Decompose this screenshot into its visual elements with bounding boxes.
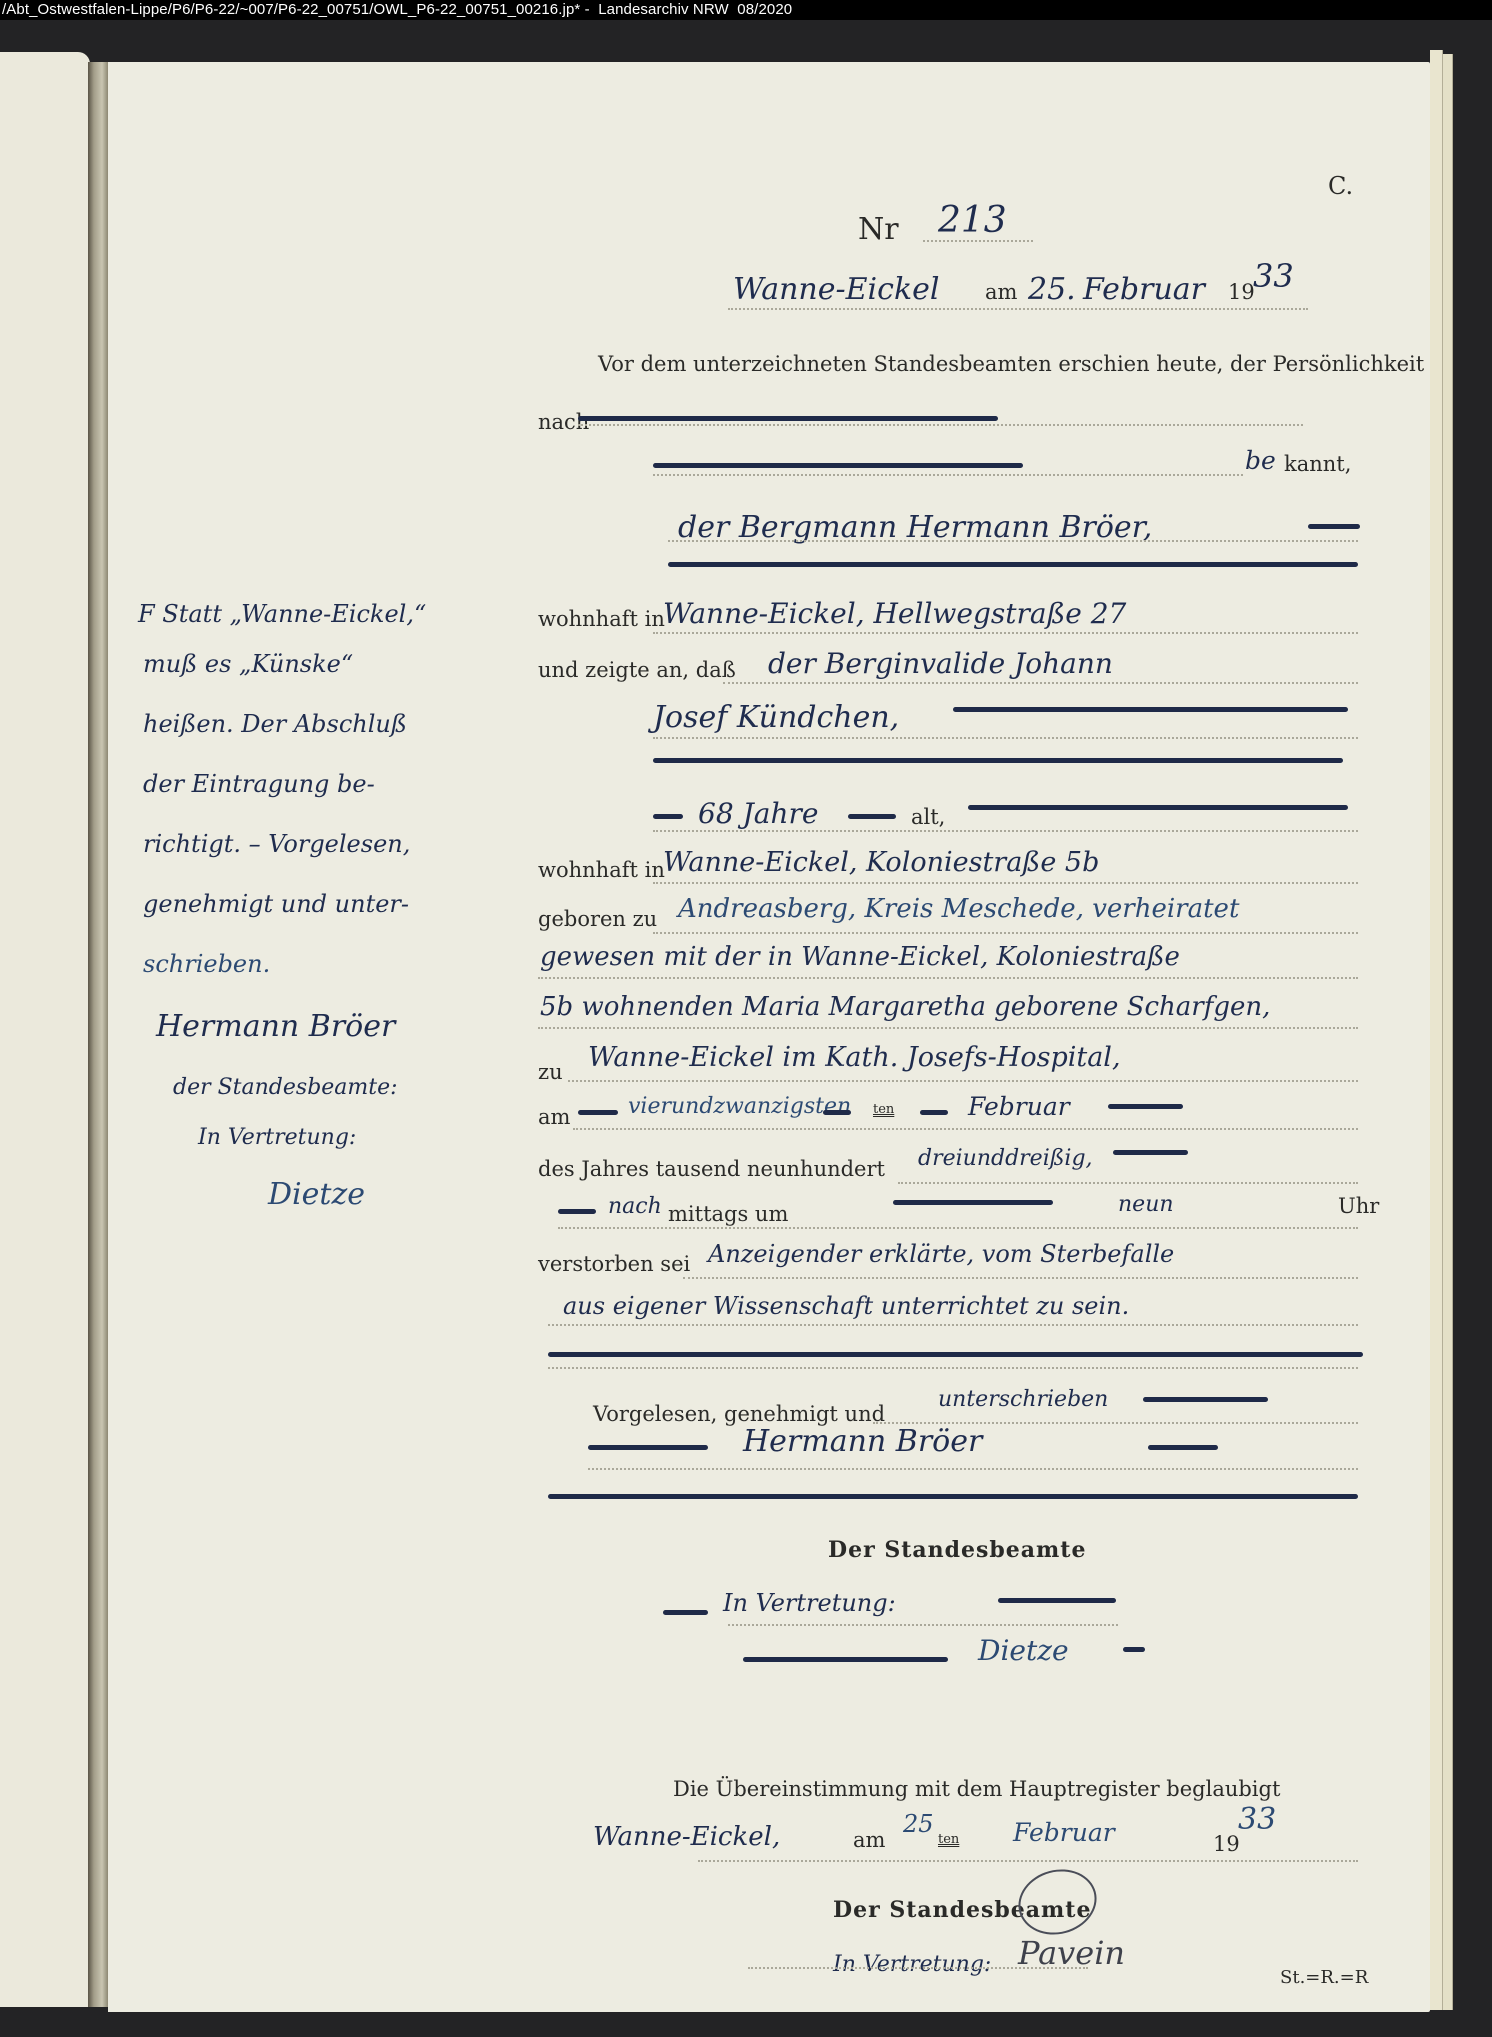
book-gutter xyxy=(88,62,108,2007)
margin-line: F Statt „Wanne-Eickel,“ xyxy=(138,602,426,626)
month-hand: Februar xyxy=(1083,272,1205,307)
margin-line: muß es „Künske“ xyxy=(143,652,353,676)
cert-year-hand: 33 xyxy=(1238,1802,1276,1837)
zeigte-label: und zeigte an, daß xyxy=(538,658,736,682)
margin-line: schrieben. xyxy=(143,952,270,976)
year-hand: 33 xyxy=(1253,257,1294,295)
bekannt-label: kannt, xyxy=(1284,452,1351,476)
corner-mark: C. xyxy=(1328,172,1353,200)
mittags-label: mittags um xyxy=(668,1202,788,1226)
am-label: am xyxy=(985,280,1017,304)
birth-line2-hand: gewesen mit der in Wanne-Eickel, Kolonie… xyxy=(540,942,1180,972)
vorgelesen-label: Vorgelesen, genehmigt und xyxy=(593,1402,885,1426)
record-number: 213 xyxy=(938,200,1007,241)
margin-signature-official: Dietze xyxy=(268,1180,365,1210)
margin-line: genehmigt und unter- xyxy=(143,892,409,916)
birth-line3-hand: 5b wohnenden Maria Margaretha geborene S… xyxy=(540,992,1270,1022)
cert-day-hand: 25 xyxy=(903,1810,934,1838)
vorgelesen-hand: unterschrieben xyxy=(938,1387,1108,1412)
am-label-2: am xyxy=(538,1105,570,1129)
left-page-edge xyxy=(0,52,90,2007)
margin-line: der Eintragung be- xyxy=(143,772,375,796)
wohnhaft-label: wohnhaft in xyxy=(538,607,665,631)
standesbeamte-title: Der Standesbeamte xyxy=(828,1537,1086,1563)
official-signature: Dietze xyxy=(978,1634,1069,1667)
intro-line: Vor dem unterzeichneten Standesbeamten e… xyxy=(598,352,1424,376)
ten-label: ten xyxy=(873,1102,894,1117)
death-month-hand: Februar xyxy=(968,1092,1070,1121)
cert-place-hand: Wanne-Eickel, xyxy=(593,1822,780,1852)
margin-line: richtigt. – Vorgelesen, xyxy=(143,832,410,856)
margin-line: heißen. Der Abschluß xyxy=(143,712,407,736)
wohnhaft2-label: wohnhaft in xyxy=(538,858,665,882)
place-hand: Wanne-Eickel xyxy=(733,272,939,307)
vertretung-hand: In Vertretung: xyxy=(723,1589,896,1617)
signature-flourish xyxy=(1011,1861,1104,1943)
death-day-hand: vierundzwanzigsten xyxy=(628,1094,851,1119)
form-code: St.=R.=R xyxy=(1280,1967,1368,1988)
jahres-label: des Jahres tausend neunhundert xyxy=(538,1157,885,1181)
verstorben-label: verstorben sei xyxy=(538,1252,690,1276)
cert-month-hand: Februar xyxy=(1013,1818,1115,1847)
nach-label: nach xyxy=(538,410,589,434)
number-label: Nr xyxy=(858,212,899,247)
informant-signature: Hermann Bröer xyxy=(743,1424,982,1459)
margin-line: In Vertretung: xyxy=(198,1127,356,1149)
bekannt-hand: be xyxy=(1245,446,1276,475)
geboren-label: geboren zu xyxy=(538,907,657,931)
cert-vertretung-hand: In Vertretung: xyxy=(833,1952,991,1977)
page-stack-edge xyxy=(1430,50,1443,2010)
page-stack-edge xyxy=(1442,54,1453,2010)
window-title-bar: /Abt_Ostwestfalen-Lippe/P6/P6-22/~007/P6… xyxy=(0,0,1492,20)
alt-label: alt, xyxy=(911,805,945,829)
age-hand: 68 Jahre xyxy=(698,797,818,830)
uhr-label: Uhr xyxy=(1338,1194,1379,1218)
cert-century-label: 19 xyxy=(1213,1832,1240,1856)
deceased-line2-hand: Josef Kündchen, xyxy=(653,700,899,735)
informant-address-hand: Wanne-Eickel, Hellwegstraße 27 xyxy=(663,597,1126,630)
margin-signature-informant: Hermann Bröer xyxy=(156,1012,395,1042)
zu-label: zu xyxy=(538,1060,563,1084)
death-year-hand: dreiunddreißig, xyxy=(918,1146,1093,1171)
deceased-address-hand: Wanne-Eickel, Koloniestraße 5b xyxy=(663,847,1099,878)
death-register-page: C. Nr 213 Wanne-Eickel am 25. Februar 19… xyxy=(108,62,1430,2012)
cert-am-label: am xyxy=(853,1828,885,1852)
death-place-hand: Wanne-Eickel im Kath. Josefs-Hospital, xyxy=(588,1042,1121,1073)
cause-line1-hand: Anzeigender erklärte, vom Sterbefalle xyxy=(708,1240,1174,1268)
cert-ten-label: ten xyxy=(938,1832,959,1847)
certification-line: Die Übereinstimmung mit dem Hauptregiste… xyxy=(673,1777,1280,1801)
hour-hand: neun xyxy=(1118,1192,1174,1217)
century-label: 19 xyxy=(1228,280,1255,304)
margin-line: der Standesbeamte: xyxy=(173,1077,398,1099)
birth-line1-hand: Andreasberg, Kreis Meschede, verheiratet xyxy=(678,894,1239,924)
day-hand: 25. xyxy=(1028,272,1076,307)
deceased-line1-hand: der Berginvalide Johann xyxy=(768,647,1113,680)
nach-mittags-hand: nach xyxy=(608,1194,662,1219)
cause-line2-hand: aus eigener Wissenschaft unterrichtet zu… xyxy=(563,1292,1129,1320)
